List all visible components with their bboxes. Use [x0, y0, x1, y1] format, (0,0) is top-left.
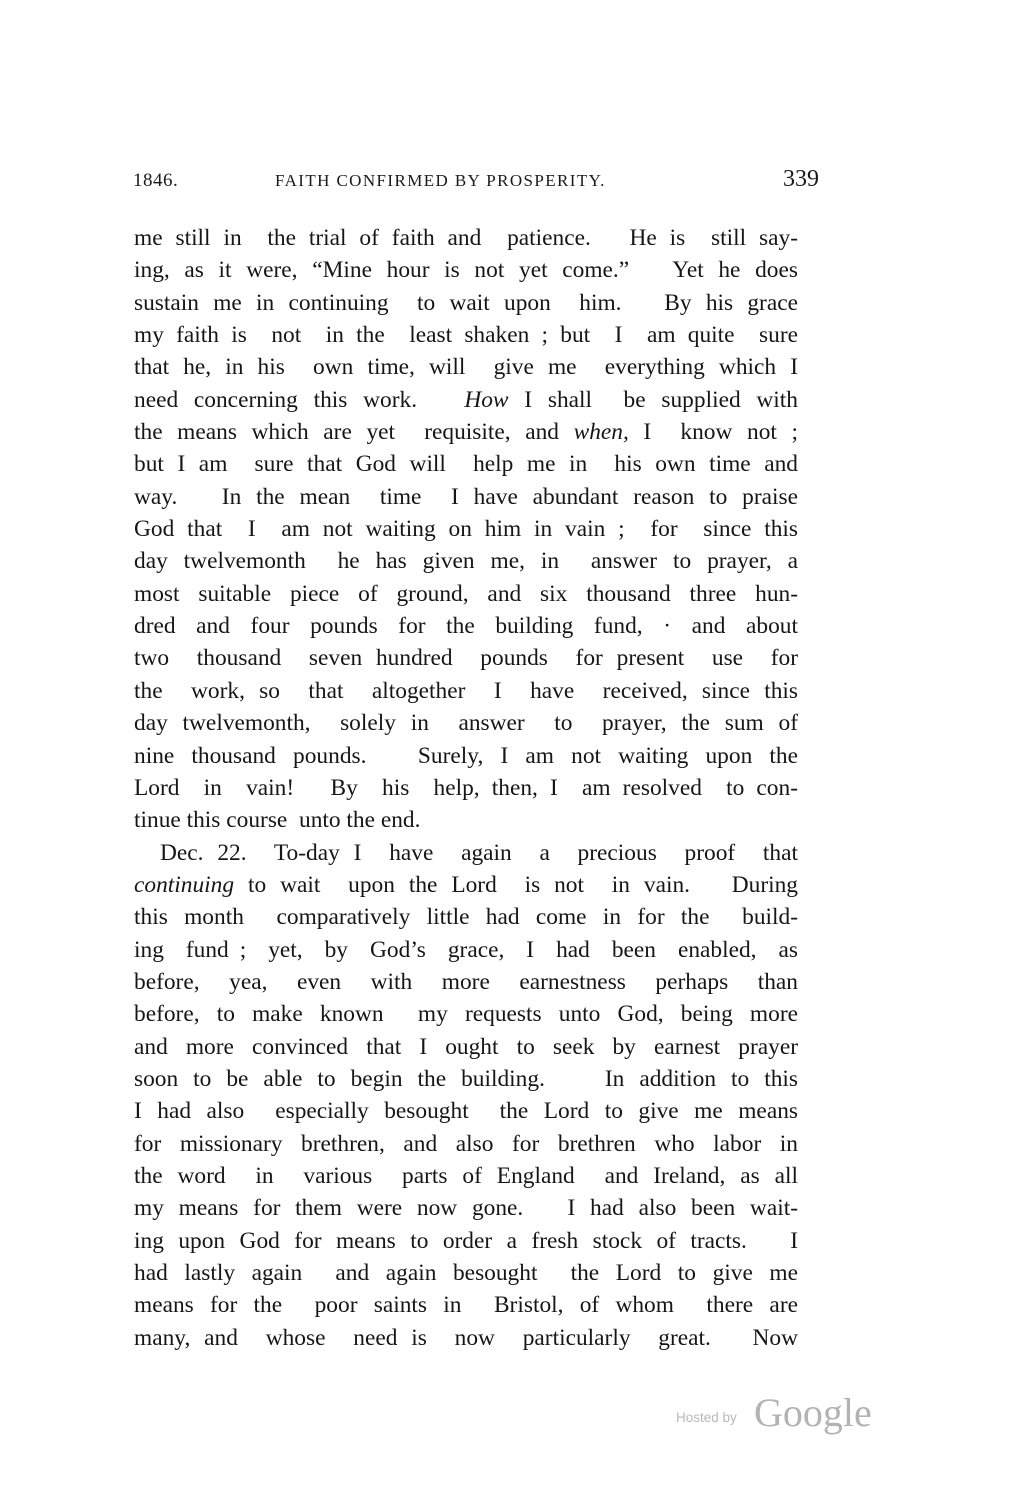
- hosted-by-label: Hosted by: [676, 1410, 737, 1425]
- text-line: means for the poor saints in Bristol, of…: [134, 1289, 798, 1321]
- text-line: my means for them were now gone. I had a…: [134, 1192, 798, 1224]
- text-line: that he, in his own time, will give me e…: [134, 351, 798, 383]
- text-line: Lord in vain! By his help, then, I am re…: [134, 772, 798, 804]
- text-line: continuing to wait upon the Lord is not …: [134, 869, 798, 901]
- text-line: sustain me in continuing to wait upon hi…: [134, 287, 798, 319]
- text-line: day twelvemonth, solely in answer to pra…: [134, 707, 798, 739]
- text-line: many, and whose need is now particularly…: [134, 1322, 798, 1354]
- text-line: before, to make known my requests unto G…: [134, 998, 798, 1030]
- text-line: my faith is not in the least shaken ; bu…: [134, 319, 798, 351]
- google-logo: Google: [754, 1389, 872, 1436]
- running-title: FAITH CONFIRMED BY PROSPERITY.: [275, 171, 606, 191]
- text-line: need concerning this work. How I shall b…: [134, 384, 798, 416]
- text-line: most suitable piece of ground, and six t…: [134, 578, 798, 610]
- text-line: I had also especially besought the Lord …: [134, 1095, 798, 1127]
- text-line: the word in various parts of England and…: [134, 1160, 798, 1192]
- text-line: God that I am not waiting on him in vain…: [134, 513, 798, 545]
- text-line: the work, so that altogether I have rece…: [134, 675, 798, 707]
- book-page: 1846. FAITH CONFIRMED BY PROSPERITY. 339…: [0, 0, 1011, 1506]
- text-line: ing fund ; yet, by God’s grace, I had be…: [134, 934, 798, 966]
- header-year: 1846.: [133, 170, 178, 192]
- text-line: Dec. 22. To-day I have again a precious …: [134, 837, 798, 869]
- running-header: 1846. FAITH CONFIRMED BY PROSPERITY. 339: [133, 166, 823, 196]
- text-line: and more convinced that I ought to seek …: [134, 1031, 798, 1063]
- text-line: the means which are yet requisite, and w…: [134, 416, 798, 448]
- italic-emphasis: continuing: [134, 872, 234, 898]
- page-number: 339: [783, 166, 819, 193]
- text-line: two thousand seven hundred pounds for pr…: [134, 642, 798, 674]
- italic-emphasis: How: [464, 387, 508, 413]
- text-line: me still in the trial of faith and patie…: [134, 222, 798, 254]
- text-line: tinue this course unto the end.: [134, 804, 798, 836]
- text-line: before, yea, even with more earnestness …: [134, 966, 798, 998]
- text-line: this month comparatively little had come…: [134, 901, 798, 933]
- text-line: dred and four pounds for the building fu…: [134, 610, 798, 642]
- text-line: had lastly again and again besought the …: [134, 1257, 798, 1289]
- text-line: day twelvemonth he has given me, in answ…: [134, 545, 798, 577]
- text-line: ing upon God for means to order a fresh …: [134, 1225, 798, 1257]
- text-line: nine thousand pounds. Surely, I am not w…: [134, 740, 798, 772]
- text-line: for missionary brethren, and also for br…: [134, 1128, 798, 1160]
- body-text: me still in the trial of faith and patie…: [134, 222, 798, 1354]
- text-line: soon to be able to begin the building. I…: [134, 1063, 798, 1095]
- italic-emphasis: when,: [574, 419, 629, 445]
- text-line: but I am sure that God will help me in h…: [134, 448, 798, 480]
- text-line: way. In the mean time I have abundant re…: [134, 481, 798, 513]
- text-line: ing, as it were, “Mine hour is not yet c…: [134, 254, 798, 286]
